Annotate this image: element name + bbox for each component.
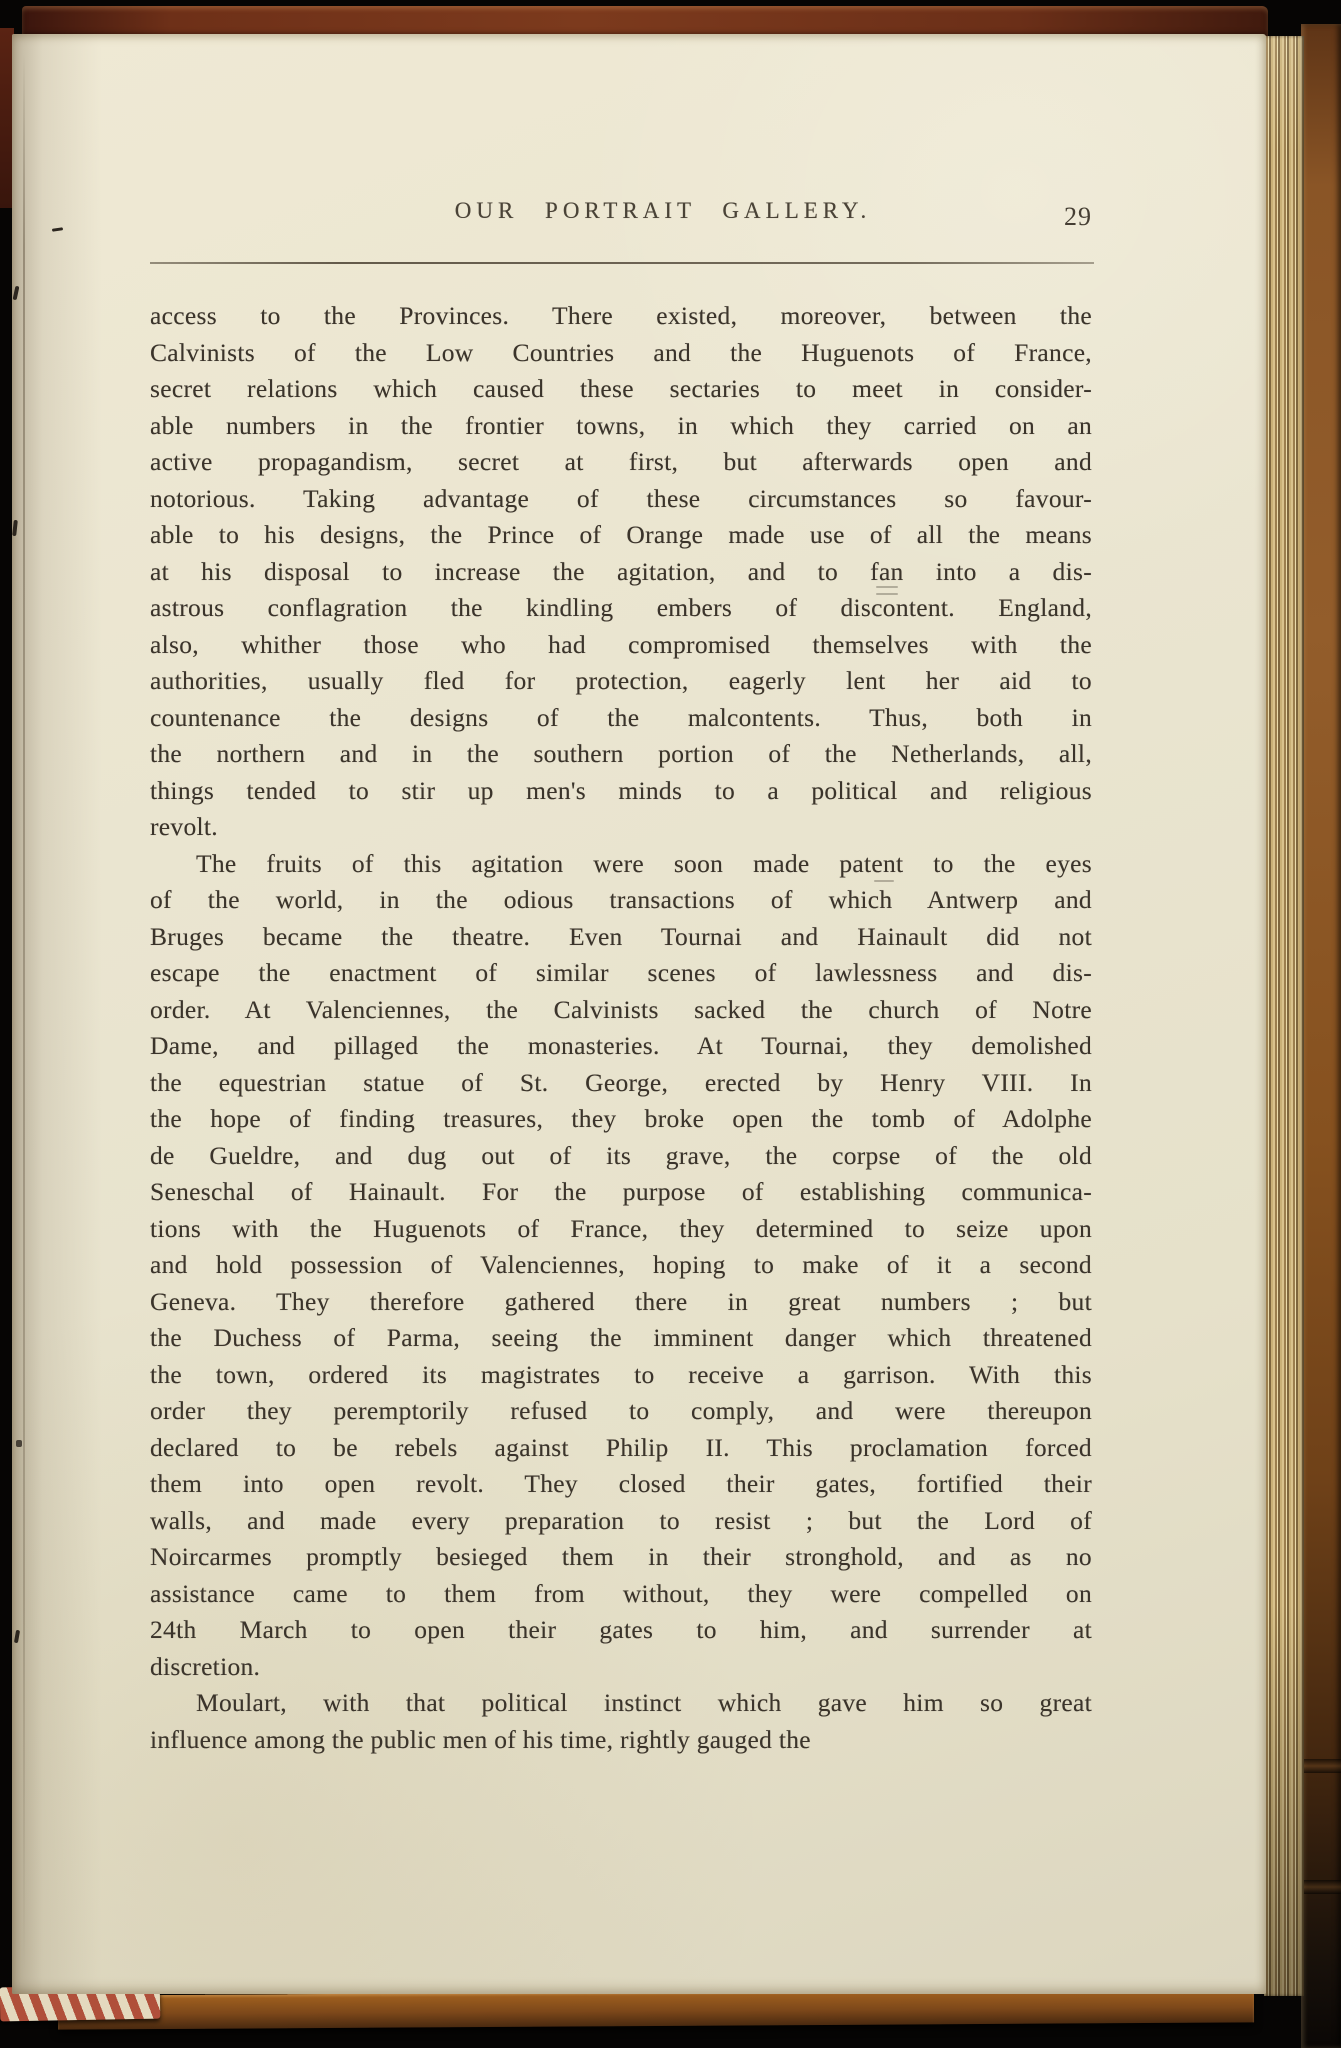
book-cover-bottom-edge [58,1988,1254,2029]
text-line: access to the Provinces. There existed, … [150,298,1092,335]
text-line: of the world, in the odious transactions… [150,882,1092,919]
text-line: Seneschal of Hainault. For the purpose o… [150,1174,1092,1211]
text-line: Calvinists of the Low Countries and the … [150,335,1092,372]
page-number: 29 [1064,202,1092,232]
paragraph: access to the Provinces. There existed, … [150,298,1092,846]
text-line: the town, ordered its magistrates to rec… [150,1357,1092,1394]
header-rule [150,262,1094,264]
text-line: countenance the designs of the malconten… [150,700,1092,737]
pencil-mark [874,880,894,882]
text-line: able numbers in the frontier towns, in w… [150,408,1092,445]
scan-speck [16,1440,22,1447]
text-line: escape the enactment of similar scenes o… [150,955,1092,992]
text-line: the northern and in the southern portion… [150,736,1092,773]
book-cover-right [1301,24,1341,2048]
text-line: The fruits of this agitation were soon m… [150,846,1092,883]
text-line: able to his designs, the Prince of Orang… [150,517,1092,554]
text-line: things tended to stir up men's minds to … [150,773,1092,810]
text-line: Geneva. They therefore gathered there in… [150,1284,1092,1321]
text-line: Dame, and pillaged the monasteries. At T… [150,1028,1092,1065]
paragraph: Moulart, with that political instinct wh… [150,1685,1092,1758]
text-line: notorious. Taking advantage of these cir… [150,481,1092,518]
text-line: active propagandism, secret at first, bu… [150,444,1092,481]
leather-band [1301,1759,1341,1773]
text-line: the equestrian statue of St. George, ere… [150,1065,1092,1102]
page-edge-stack [1264,36,1304,1996]
text-line: declared to be rebels against Philip II.… [150,1430,1092,1467]
pencil-mark [876,593,898,595]
text-line: Noircarmes promptly besieged them in the… [150,1539,1092,1576]
text-line: discretion. [150,1649,1092,1686]
paragraph: The fruits of this agitation were soon m… [150,846,1092,1686]
text-line: authorities, usually fled for protection… [150,663,1092,700]
text-line: 24th March to open their gates to him, a… [150,1612,1092,1649]
text-line: astrous conflagration the kindling ember… [150,590,1092,627]
gutter-shadow [12,34,102,1994]
text-line: and hold possession of Valenciennes, hop… [150,1247,1092,1284]
text-line: tions with the Huguenots of France, they… [150,1211,1092,1248]
text-line: influence among the public men of his ti… [150,1722,1092,1759]
text-line: at his disposal to increase the agitatio… [150,554,1092,591]
text-line: also, whither those who had compromised … [150,627,1092,664]
text-line: Moulart, with that political instinct wh… [150,1685,1092,1722]
body-text: access to the Provinces. There existed, … [150,298,1092,1758]
gutter-crease [23,54,25,1974]
text-line: de Gueldre, and dug out of its grave, th… [150,1138,1092,1175]
text-line: secret relations which caused these sect… [150,371,1092,408]
text-line: order they peremptorily refused to compl… [150,1393,1092,1430]
book-page: OUR PORTRAIT GALLERY. 29 access to the P… [12,34,1266,1994]
text-line: the hope of finding treasures, they brok… [150,1101,1092,1138]
text-line: revolt. [150,809,1092,846]
page-title: OUR PORTRAIT GALLERY. [192,198,1134,224]
leather-band [1301,1880,1341,1894]
text-line: walls, and made every preparation to res… [150,1503,1092,1540]
text-line: Bruges became the theatre. Even Tournai … [150,919,1092,956]
running-head: OUR PORTRAIT GALLERY. 29 [150,198,1092,238]
text-line: the Duchess of Parma, seeing the imminen… [150,1320,1092,1357]
text-line: order. At Valenciennes, the Calvinists s… [150,992,1092,1029]
pencil-mark [876,586,898,588]
text-line: them into open revolt. They closed their… [150,1466,1092,1503]
text-line: assistance came to them from without, th… [150,1576,1092,1613]
